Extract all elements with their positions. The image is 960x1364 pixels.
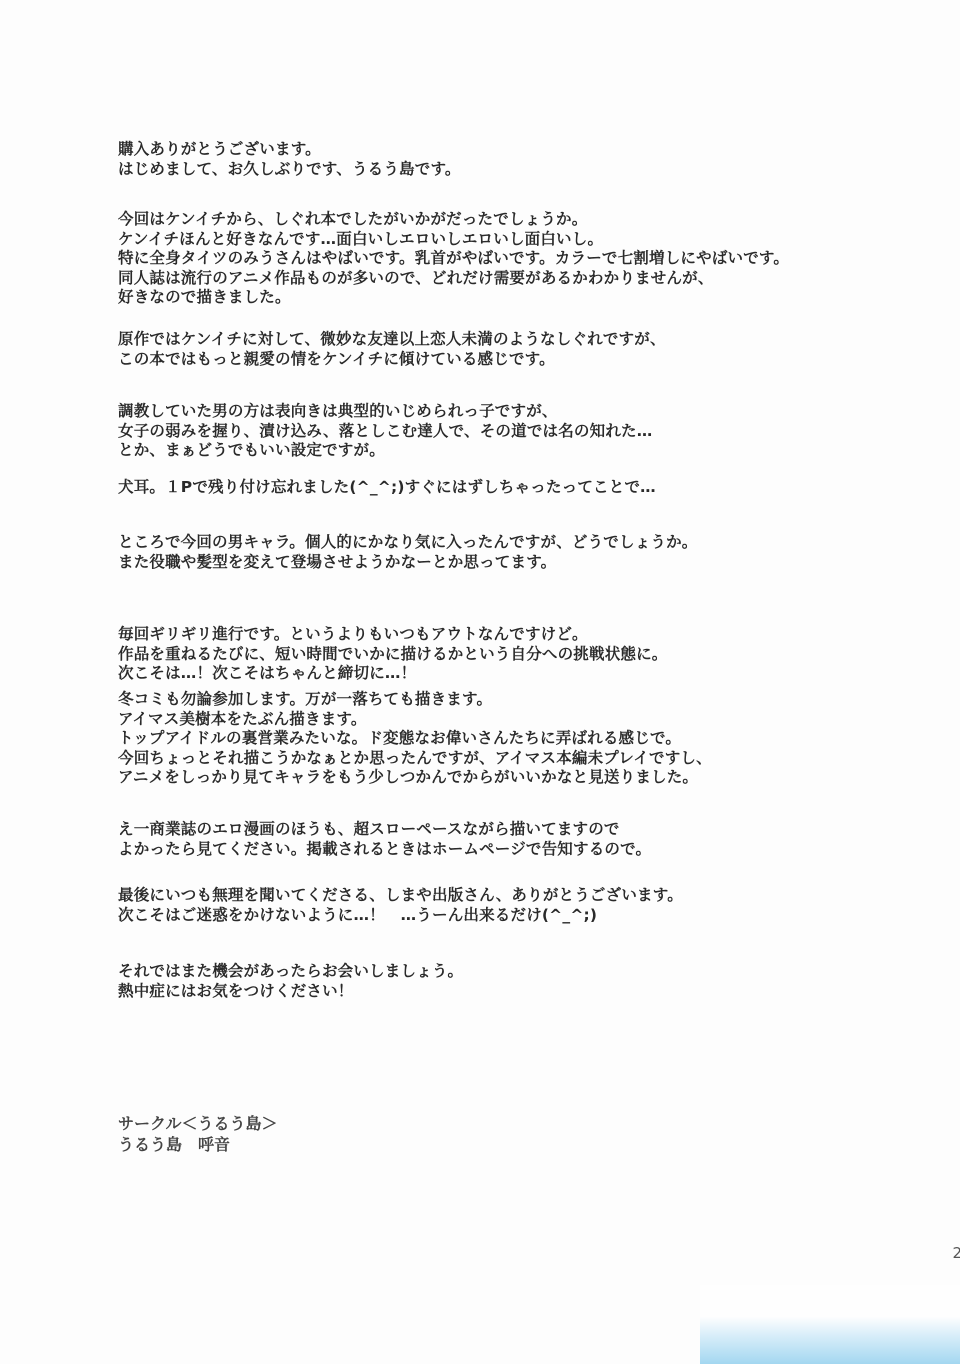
text-line: 特に全身タイツのみうさんはやばいです。乳首がやばいです。カラーで七割増しにやばい… — [118, 249, 789, 269]
paragraph: 調教していた男の方は表向きは典型的いじめられっ子ですが、女子の弱みを握り、漬け込… — [118, 402, 652, 461]
author-name: うるう島 呼音 — [118, 1134, 278, 1155]
paragraph: 原作ではケンイチに対して、微妙な友達以上恋人未満のようなしぐれですが、この本では… — [118, 330, 666, 369]
text-line: え一商業誌のエロ漫画のほうも、超スローペースながら描いてますので — [118, 820, 651, 840]
text-line: 女子の弱みを握り、漬け込み、落としこむ達人で、その道では名の知れた… — [118, 422, 652, 442]
paragraph: ところで今回の男キャラ。個人的にかなり気に入ったんですが、どうでしょうか。また役… — [118, 533, 698, 572]
text-line: 原作ではケンイチに対して、微妙な友達以上恋人未満のようなしぐれですが、 — [118, 330, 666, 350]
text-line: 同人誌は流行のアニメ作品ものが多いので、どれだけ需要があるかわかりませんが、 — [118, 269, 789, 289]
paragraph: え一商業誌のエロ漫画のほうも、超スローペースながら描いてますのでよかったら見てく… — [118, 820, 651, 859]
paragraph: 購入ありがとうございます。はじめまして、お久しぶりです、うるう島です。 — [118, 140, 461, 179]
scan-watermark-area — [700, 1285, 960, 1364]
text-line: この本ではもっと親愛の情をケンイチに傾けている感じです。 — [118, 350, 666, 370]
text-line: 毎回ギリギリ進行です。というよりもいつもアウトなんですけど。 — [118, 625, 668, 645]
text-line: 冬コミも勿論参加します。万が一落ちても描きます。 — [118, 690, 712, 710]
text-line: 最後にいつも無理を聞いてくださる、しまや出版さん、ありがとうございます。 — [118, 886, 683, 906]
paragraph: それではまた機会があったらお会いしましょう。熱中症にはお気をつけください！ — [118, 962, 463, 1001]
signature-block: サークル＜うるう島＞ うるう島 呼音 — [118, 1113, 278, 1155]
text-line: 今回はケンイチから、しぐれ本でしたがいかがだったでしょうか。 — [118, 210, 789, 230]
text-line: また役職や髪型を変えて登場させようかなーとか思ってます。 — [118, 553, 698, 573]
paragraph: 毎回ギリギリ進行です。というよりもいつもアウトなんですけど。作品を重ねるたびに、… — [118, 625, 668, 684]
text-line: 次こそは…！次こそはちゃんと締切に…！ — [118, 664, 668, 684]
paragraph: 犬耳。１Pで残り付け忘れました(^_^;)すぐにはずしちゃったってことで… — [118, 478, 656, 498]
text-line: 犬耳。１Pで残り付け忘れました(^_^;)すぐにはずしちゃったってことで… — [118, 478, 656, 498]
paragraph: 今回はケンイチから、しぐれ本でしたがいかがだったでしょうか。ケンイチほんと好きな… — [118, 210, 789, 308]
text-line: それではまた機会があったらお会いしましょう。 — [118, 962, 463, 982]
document-page: 購入ありがとうございます。はじめまして、お久しぶりです、うるう島です。今回はケン… — [0, 0, 960, 1364]
text-line: アニメをしっかり見てキャラをもう少しつかんでからがいいかなと見送りました。 — [118, 768, 712, 788]
text-line: 作品を重ねるたびに、短い時間でいかに描けるかという自分への挑戦状態に。 — [118, 645, 668, 665]
circle-name: サークル＜うるう島＞ — [118, 1113, 278, 1134]
text-line: 調教していた男の方は表向きは典型的いじめられっ子ですが、 — [118, 402, 652, 422]
text-line: 購入ありがとうございます。 — [118, 140, 461, 160]
page-number: 2 — [952, 1244, 960, 1262]
text-line: アイマス美樹本をたぶん描きます。 — [118, 710, 712, 730]
text-line: トップアイドルの裏営業みたいな。ド変態なお偉いさんたちに弄ばれる感じで。 — [118, 729, 712, 749]
text-line: はじめまして、お久しぶりです、うるう島です。 — [118, 160, 461, 180]
text-line: とか、まぁどうでもいい設定ですが。 — [118, 441, 652, 461]
text-line: ケンイチほんと好きなんです…面白いしエロいしエロいし面白いし。 — [118, 230, 789, 250]
text-line: よかったら見てください。掲載されるときはホームページで告知するので。 — [118, 840, 651, 860]
text-line: 熱中症にはお気をつけください！ — [118, 982, 463, 1002]
text-line: ところで今回の男キャラ。個人的にかなり気に入ったんですが、どうでしょうか。 — [118, 533, 698, 553]
text-line: 好きなので描きました。 — [118, 288, 789, 308]
paragraph: 最後にいつも無理を聞いてくださる、しまや出版さん、ありがとうございます。次こそは… — [118, 886, 683, 925]
paragraph: 冬コミも勿論参加します。万が一落ちても描きます。アイマス美樹本をたぶん描きます。… — [118, 690, 712, 788]
text-line: 次こそはご迷惑をかけないように…！ …うーん出来るだけ(^_^;) — [118, 906, 683, 926]
text-line: 今回ちょっとそれ描こうかなぁとか思ったんですが、アイマス本編未プレイですし、 — [118, 749, 712, 769]
